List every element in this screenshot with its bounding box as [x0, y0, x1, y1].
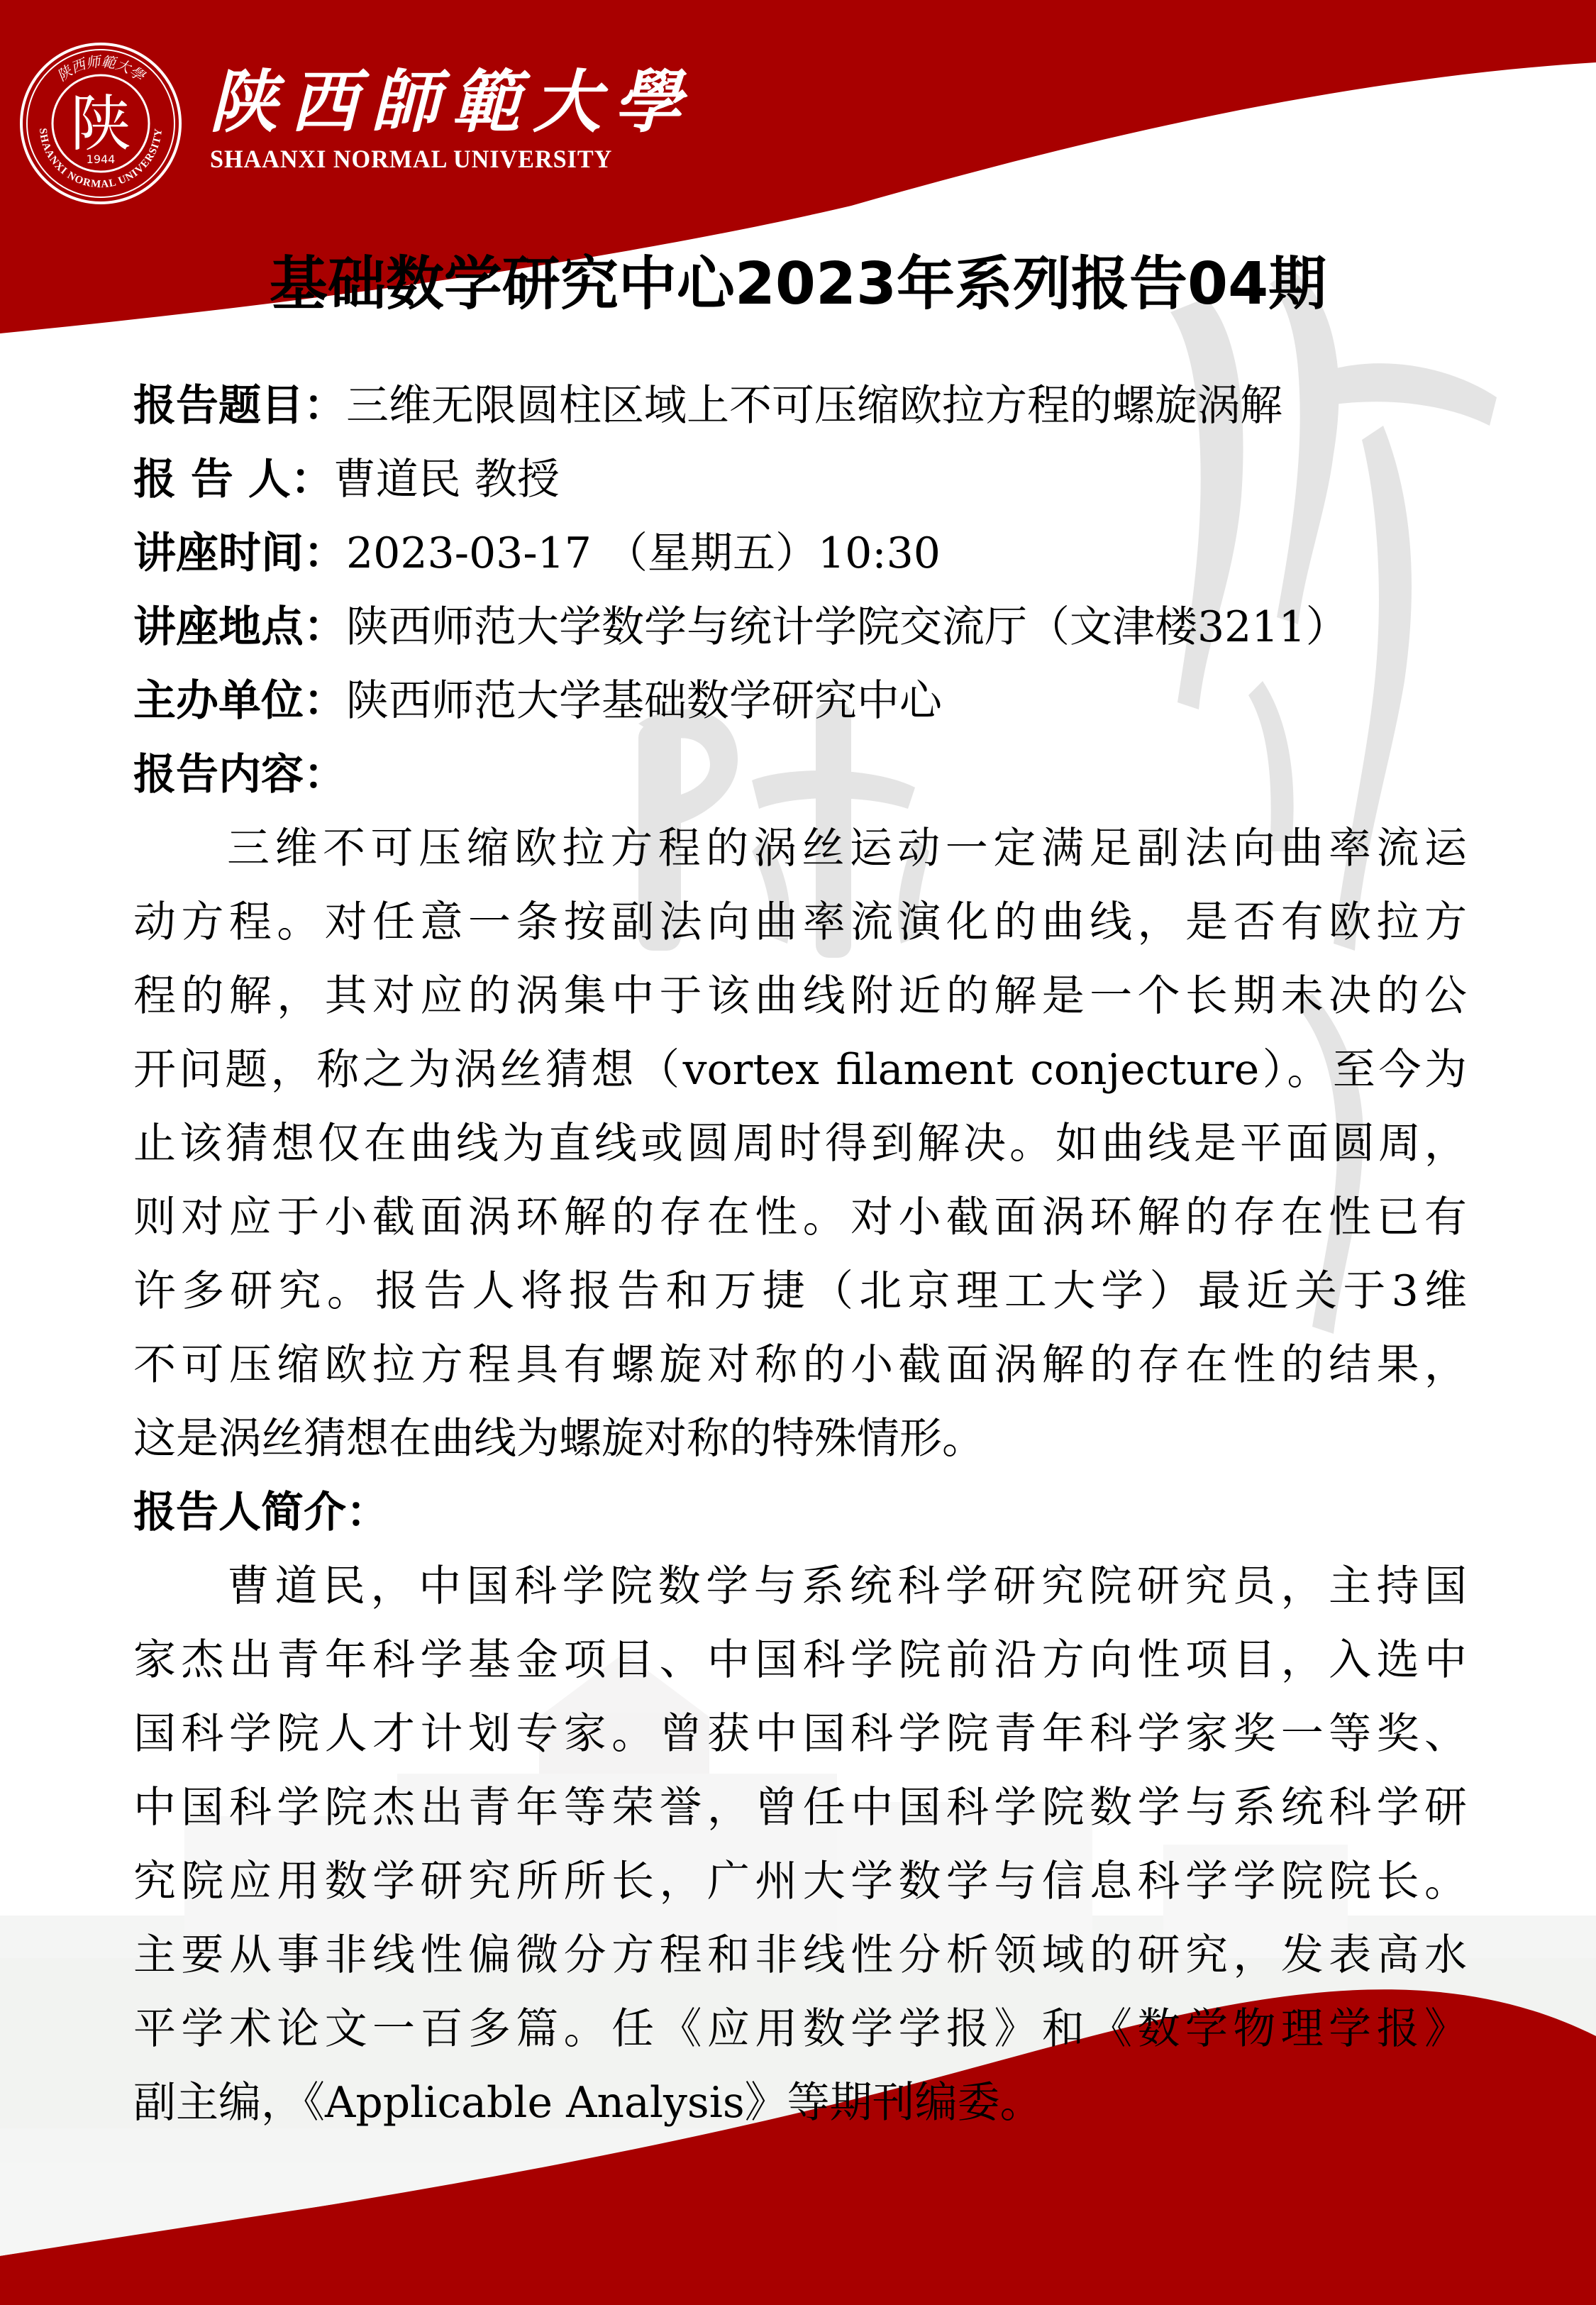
abstract-line: 则对应于小截面涡环解的存在性。对小截面涡环解的存在性已有 [133, 1181, 1467, 1254]
info-organizer: 主办单位：陕西师范大学基础数学研究中心 [133, 664, 1481, 738]
abstract-line: 三维不可压缩欧拉方程的涡丝运动一定满足副法向曲率流运 [133, 812, 1467, 885]
university-name-en: SHAANXI NORMAL UNIVERSITY [210, 146, 612, 172]
info-label: 报 告 人： [133, 455, 333, 504]
svg-text:1944: 1944 [87, 153, 116, 166]
bio-line: 平学术论文一百多篇。任《应用数学学报》和《数学物理学报》 [133, 1992, 1467, 2066]
info-value: 曹道民 教授 [333, 455, 560, 504]
info-topic: 报告题目：三维无限圆柱区域上不可压缩欧拉方程的螺旋涡解 [133, 369, 1481, 443]
info-speaker: 报 告 人：曹道民 教授 [133, 443, 1481, 516]
university-seal-icon: 陕西师範大學 SHAANXI NORMAL UNIVERSITY 陕 1944 [18, 41, 183, 206]
svg-text:陕: 陕 [70, 89, 131, 160]
info-label: 讲座地点： [133, 602, 346, 652]
info-label: 讲座时间： [133, 529, 346, 578]
info-value: 2023-03-17 （星期五）10:30 [346, 529, 941, 578]
abstract-line: 开问题，称之为涡丝猜想（vortex filament conjecture）。… [133, 1033, 1467, 1107]
info-label: 报告题目： [133, 381, 346, 431]
announcement-body: 报告题目：三维无限圆柱区域上不可压缩欧拉方程的螺旋涡解 报 告 人：曹道民 教授… [133, 369, 1481, 2140]
bio-line: 国科学院人才计划专家。曾获中国科学院青年科学家奖一等奖、 [133, 1697, 1467, 1771]
bio-line: 副主编，《Applicable Analysis》等期刊编委。 [133, 2066, 1467, 2140]
info-value: 陕西师范大学基础数学研究中心 [346, 676, 942, 726]
info-label: 主办单位： [133, 676, 346, 726]
university-name-cn: 陕西師範大學 [209, 68, 694, 136]
bio-line: 曹道民，中国科学院数学与系统科学研究院研究员，主持国 [133, 1549, 1467, 1623]
info-location: 讲座地点：陕西师范大学数学与统计学院交流厅（文津楼3211） [133, 590, 1481, 664]
abstract-line: 不可压缩欧拉方程具有螺旋对称的小截面涡解的存在性的结果， [133, 1328, 1467, 1402]
abstract-line: 这是涡丝猜想在曲线为螺旋对称的特殊情形。 [133, 1402, 1467, 1476]
bio-heading: 报告人简介： [133, 1476, 1481, 1549]
bio-line: 家杰出青年科学基金项目、中国科学院前沿方向性项目，入选中 [133, 1623, 1467, 1697]
info-value: 三维无限圆柱区域上不可压缩欧拉方程的螺旋涡解 [346, 381, 1282, 431]
abstract-line: 程的解，其对应的涡集中于该曲线附近的解是一个长期未决的公 [133, 959, 1467, 1033]
abstract-line: 许多研究。报告人将报告和万捷（北京理工大学）最近关于3维 [133, 1254, 1467, 1328]
info-time: 讲座时间：2023-03-17 （星期五）10:30 [133, 516, 1481, 590]
abstract-line: 动方程。对任意一条按副法向曲率流演化的曲线，是否有欧拉方 [133, 885, 1467, 959]
bio-line: 主要从事非线性偏微分方程和非线性分析领域的研究，发表高水 [133, 1918, 1467, 1992]
abstract-heading: 报告内容： [133, 738, 1481, 812]
page-title: 基础数学研究中心2023年系列报告04期 [0, 255, 1596, 314]
abstract-line: 止该猜想仅在曲线为直线或圆周时得到解决。如曲线是平面圆周， [133, 1107, 1467, 1181]
info-value: 陕西师范大学数学与统计学院交流厅（文津楼3211） [346, 602, 1348, 652]
bio-line: 中国科学院杰出青年等荣誉，曾任中国科学院数学与系统科学研 [133, 1771, 1467, 1845]
bio-line: 究院应用数学研究所所长，广州大学数学与信息科学学院院长。 [133, 1845, 1467, 1918]
